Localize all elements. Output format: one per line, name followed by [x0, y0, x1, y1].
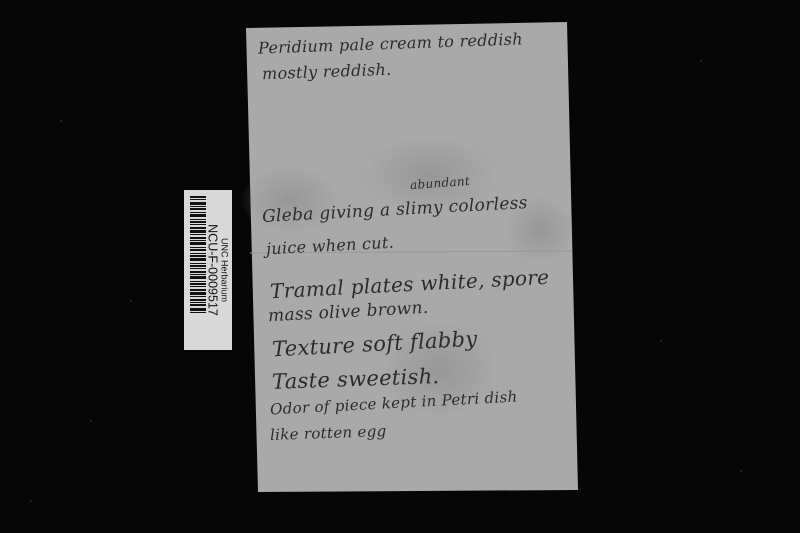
herbarium-name: UNC Herbarium [219, 224, 228, 316]
herbarium-barcode-label: UNC Herbarium NCU-F-0009517 [184, 190, 232, 350]
barcode-icon [190, 196, 206, 344]
paper-sheet [0, 0, 800, 533]
label-text-block: UNC Herbarium NCU-F-0009517 [206, 224, 229, 316]
catalog-number: NCU-F-0009517 [206, 224, 219, 316]
specimen-note-paper: Peridium pale cream to reddish mostly re… [0, 0, 800, 533]
